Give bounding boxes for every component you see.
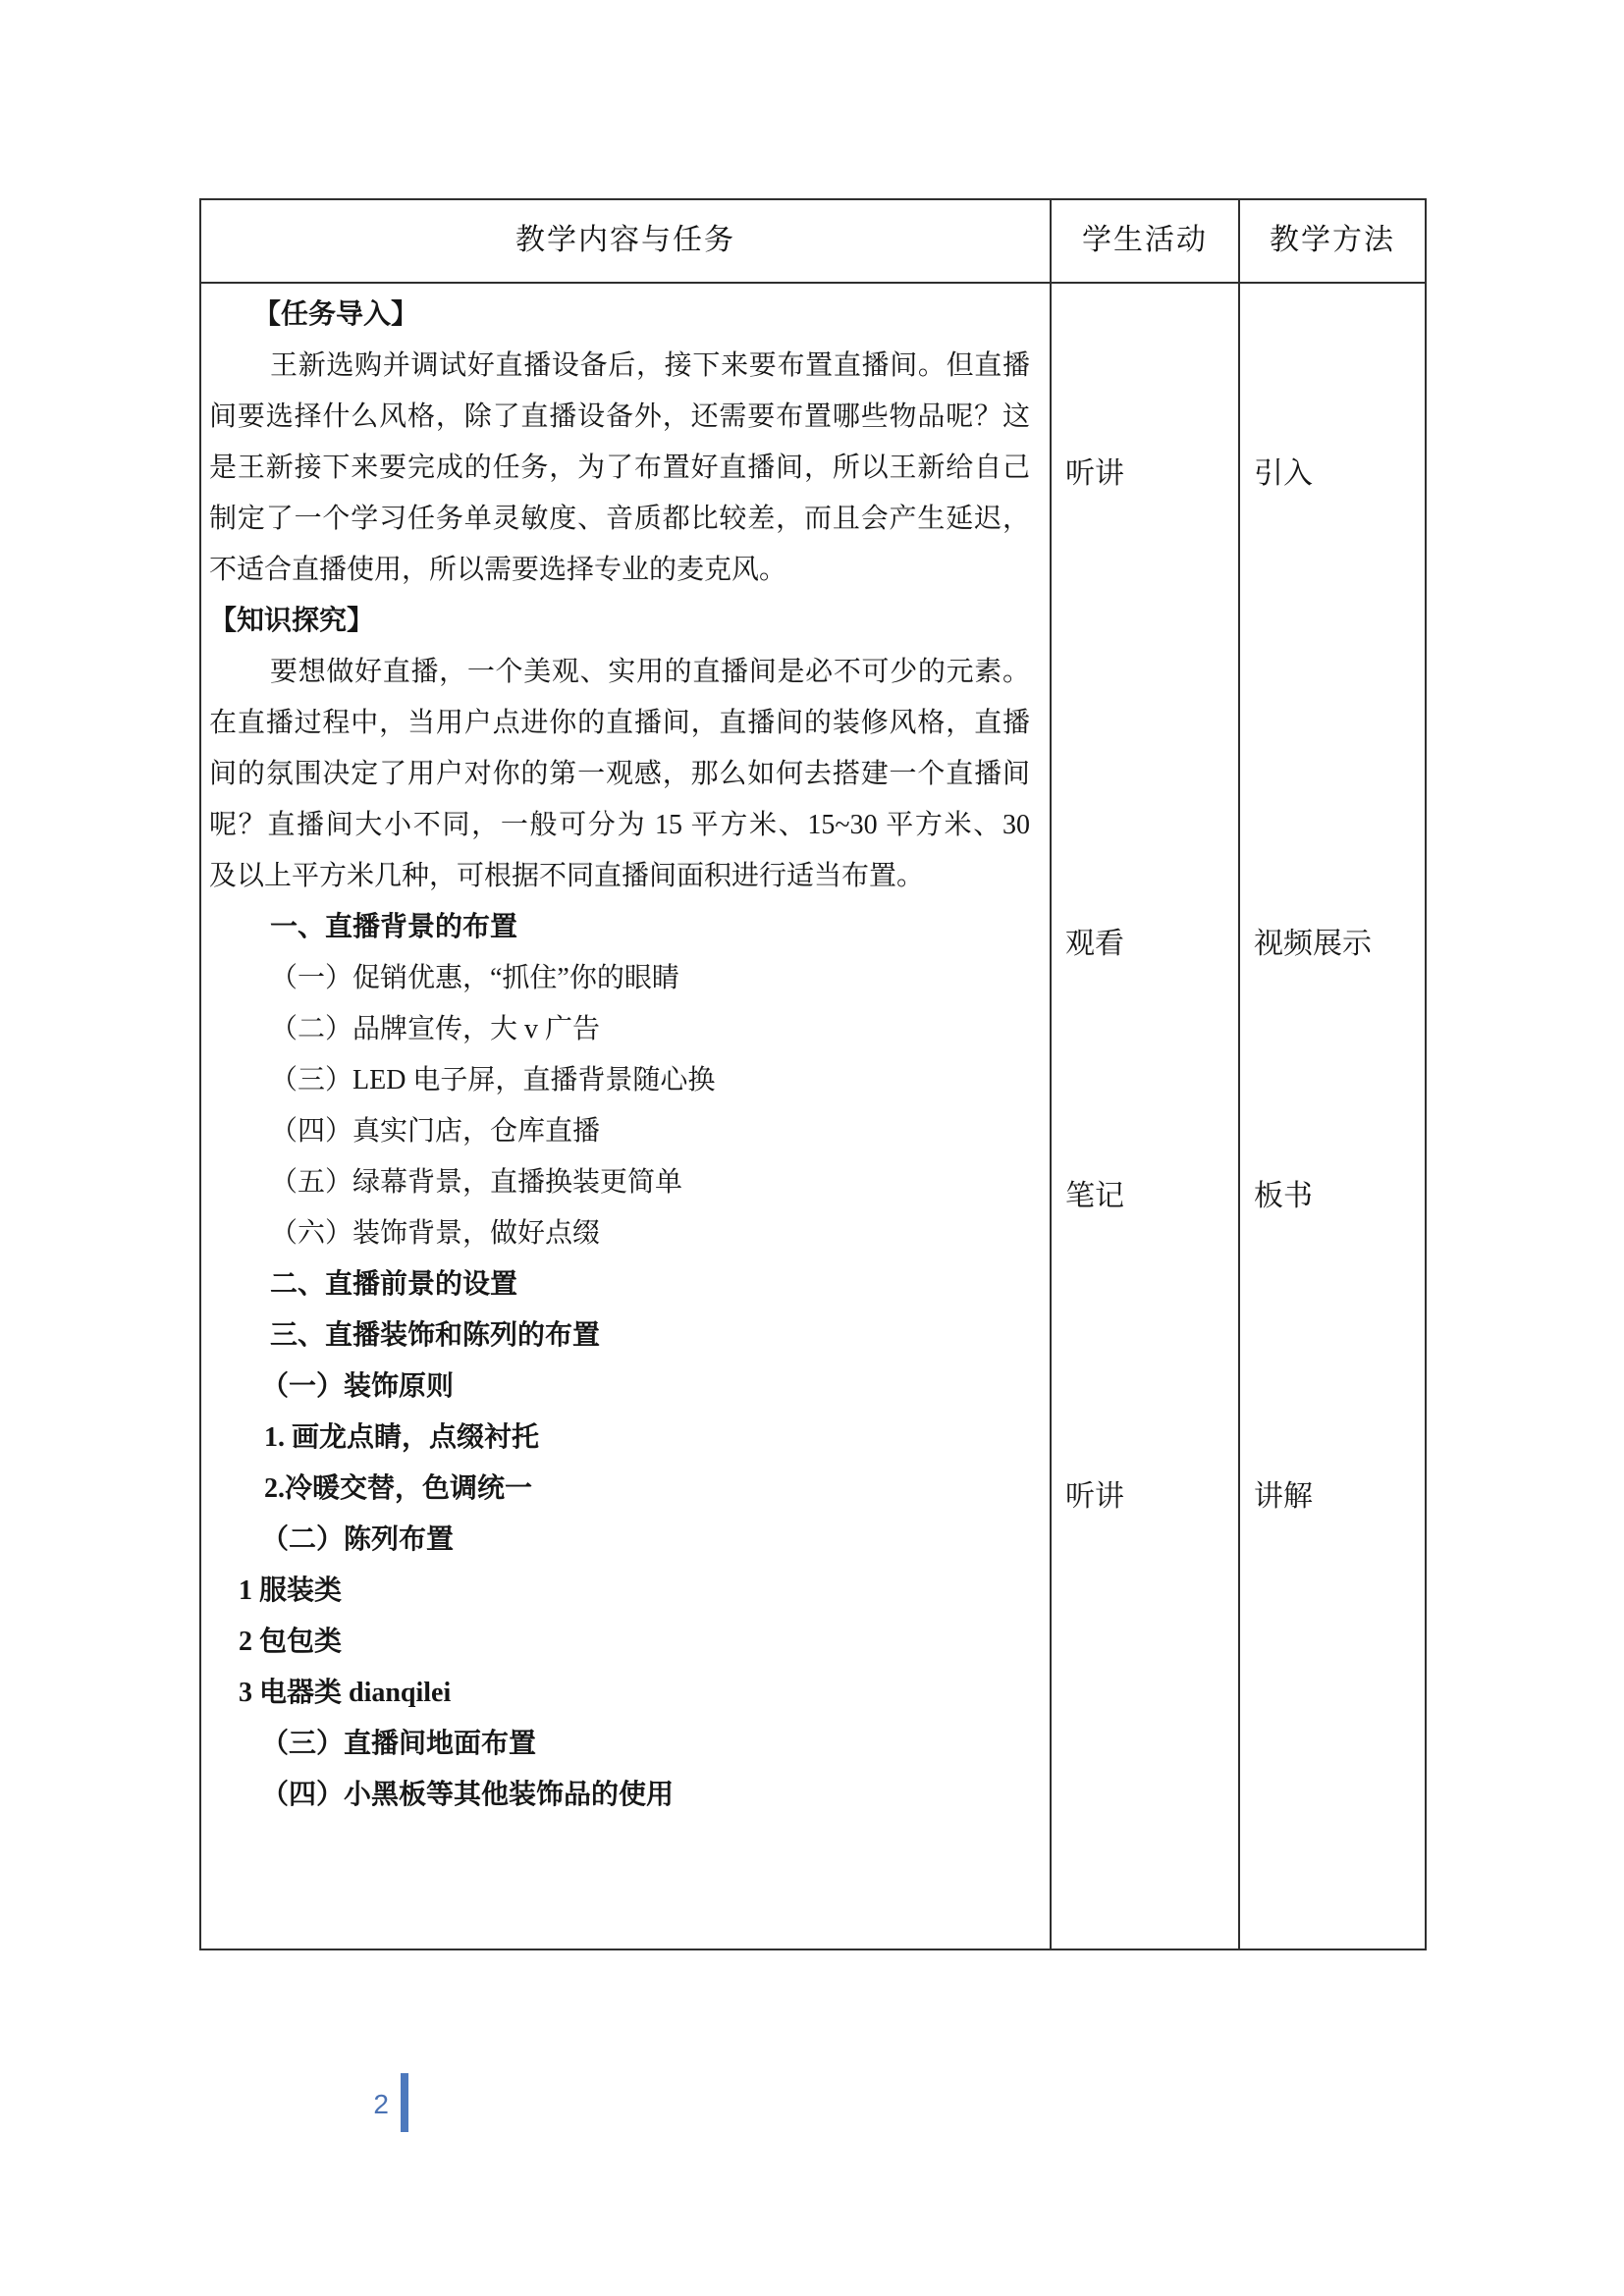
subsection-heading: （三）直播间地面布置 [209,1719,1030,1770]
content-line: 及以上平方米几种，可根据不同直播间面积进行适当布置。 [209,851,1030,902]
content-tasks-cell: 【任务导入】 王新选购并调试好直播设备后，接下来要布置直播间。但直播 间要选择什… [201,284,1052,1949]
numbered-item: 3 电器类 dianqilei [209,1668,1030,1719]
content-line: 王新选购并调试好直播设备后，接下来要布置直播间。但直播 [209,341,1030,392]
subsection-heading: （二）陈列布置 [209,1515,1030,1566]
student-activity-label: 观看 [1065,919,1124,970]
section-1-heading: 一、直播背景的布置 [209,902,1030,953]
content-line: 在直播过程中，当用户点进你的直播间，直播间的装修风格，直播 [209,698,1030,749]
page-number: 2 [342,2090,389,2119]
header-content-tasks: 教学内容与任务 [201,200,1052,282]
list-item: （六）装饰背景，做好点缀 [209,1208,1030,1259]
content-line: 间的氛围决定了用户对你的第一观感，那么如何去搭建一个直播间 [209,749,1030,800]
footer-accent-bar [401,2073,408,2132]
content-line: 要想做好直播，一个美观、实用的直播间是必不可少的元素。 [209,647,1030,698]
numbered-item: 2 包包类 [209,1617,1030,1668]
teaching-method-cell: 引入 视频展示 板书 讲解 [1240,284,1425,1949]
table-header-row: 教学内容与任务 学生活动 教学方法 [201,200,1425,284]
numbered-item: 1. 画龙点睛，点缀衬托 [209,1413,1030,1464]
teaching-method-label: 板书 [1254,1171,1313,1222]
list-item: （四）真实门店，仓库直播 [209,1106,1030,1157]
list-item: （二）品牌宣传，大 v 广告 [209,1004,1030,1055]
subsection-heading: （一）装饰原则 [209,1362,1030,1413]
content-line: 间要选择什么风格，除了直播设备外，还需要布置哪些物品呢？这 [209,392,1030,443]
content-line: 制定了一个学习任务单灵敏度、音质都比较差，而且会产生延迟， [209,494,1030,545]
numbered-item: 2.冷暖交替，色调统一 [209,1464,1030,1515]
document-page: { "table": { "header": { "content_tasks"… [0,0,1624,2296]
student-activity-label: 笔记 [1065,1171,1124,1222]
teaching-method-label: 引入 [1254,449,1313,500]
teaching-method-label: 视频展示 [1254,919,1372,970]
list-item: （三）LED 电子屏，直播背景随心换 [209,1055,1030,1106]
student-activity-label: 听讲 [1065,449,1124,500]
subsection-heading: （四）小黑板等其他装饰品的使用 [209,1770,1030,1821]
content-line: 是王新接下来要完成的任务，为了布置好直播间，所以王新给自己 [209,443,1030,494]
student-activity-cell: 听讲 观看 笔记 听讲 [1052,284,1240,1949]
content-line: 呢？直播间大小不同，一般可分为 15 平方米、15~30 平方米、30 [209,800,1030,851]
section-knowledge-heading: 【知识探究】 [209,596,1030,647]
lesson-plan-table: 教学内容与任务 学生活动 教学方法 【任务导入】 王新选购并调试好直播设备后，接… [199,198,1427,1950]
list-item: （五）绿幕背景，直播换装更简单 [209,1157,1030,1208]
list-item: （一）促销优惠，“抓住”你的眼睛 [209,953,1030,1004]
content-line: 不适合直播使用，所以需要选择专业的麦克风。 [209,545,1030,596]
section-3-heading: 三、直播装饰和陈列的布置 [209,1310,1030,1362]
numbered-item: 1 服装类 [209,1566,1030,1617]
section-2-heading: 二、直播前景的设置 [209,1259,1030,1310]
teaching-method-label: 讲解 [1254,1471,1313,1522]
student-activity-label: 听讲 [1065,1471,1124,1522]
table-body-row: 【任务导入】 王新选购并调试好直播设备后，接下来要布置直播间。但直播 间要选择什… [201,284,1425,1949]
section-task-intro-heading: 【任务导入】 [209,290,1030,341]
header-teaching-method: 教学方法 [1240,200,1425,282]
header-student-activity: 学生活动 [1052,200,1240,282]
